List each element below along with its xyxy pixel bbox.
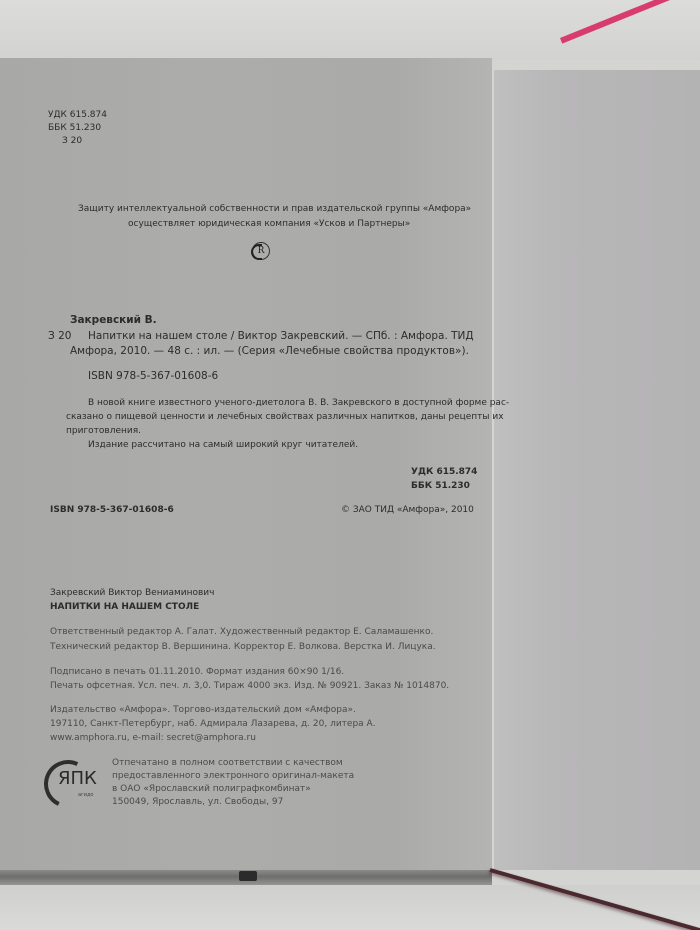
imprint-print-line2: Печать офсетная. Усл. печ. л. 3,0. Тираж… <box>50 680 449 693</box>
ip-notice-line2: осуществляет юридическая компания «Усков… <box>128 218 410 231</box>
printer-line3: в ОАО «Ярославский полиграфкомбинат» <box>112 783 311 796</box>
udk-code-right: УДК 615.874 <box>411 466 477 479</box>
spine-stitch <box>239 871 257 881</box>
annotation-line1: В новой книге известного ученого-диетоло… <box>88 397 509 410</box>
imprint-print-line1: Подписано в печать 01.11.2010. Формат из… <box>50 666 344 679</box>
annotation-line3: приготовления. <box>66 425 141 438</box>
printer-logo: ЯПК агидо <box>44 756 104 802</box>
annotation-line2: сказано о пищевой ценности и лечебных св… <box>66 411 504 424</box>
printer-logo-subtext: агидо <box>78 792 93 798</box>
registered-mark-icon: R <box>252 242 270 260</box>
imprint-author-full: Закревский Виктор Вениаминович <box>50 587 214 600</box>
printer-line1: Отпечатано в полном соответствии с качес… <box>112 757 343 770</box>
footer-isbn: ISBN 978-5-367-01608-6 <box>50 504 174 517</box>
bbk-code: ББК 51.230 <box>48 122 101 135</box>
imprint-publisher-line1: Издательство «Амфора». Торгово-издательс… <box>50 704 356 717</box>
printer-logo-text: ЯПК <box>58 768 97 789</box>
bib-line1: Напитки на нашем столе / Виктор Закревск… <box>88 329 474 344</box>
annotation-line4: Издание рассчитано на самый широкий круг… <box>88 439 358 452</box>
printer-line2: предоставленного электронного оригинал-м… <box>112 770 354 783</box>
udk-code: УДК 615.874 <box>48 109 107 122</box>
bib-line2: Амфора, 2010. — 48 с. : ил. — (Серия «Ле… <box>70 344 469 359</box>
printer-line4: 150049, Ярославль, ул. Свободы, 97 <box>112 796 283 809</box>
copyright-notice: © ЗАО ТИД «Амфора», 2010 <box>341 504 474 517</box>
imprint-publisher-line3: www.amphora.ru, e-mail: secret@amphora.r… <box>50 732 256 745</box>
bib-author: Закревский В. <box>70 313 157 328</box>
table-surface <box>0 885 700 930</box>
right-page <box>494 70 700 870</box>
author-mark: З 20 <box>62 135 82 148</box>
registered-mark-letter: R <box>258 246 265 256</box>
bib-isbn: ISBN 978-5-367-01608-6 <box>88 369 218 384</box>
imprint-publisher-line2: 197110, Санкт-Петербург, наб. Адмирала Л… <box>50 718 376 731</box>
bbk-code-right: ББК 51.230 <box>411 480 470 493</box>
ip-notice-line1: Защиту интеллектуальной собственности и … <box>78 203 471 216</box>
imprint-title: НАПИТКИ НА НАШЕМ СТОЛЕ <box>50 601 199 614</box>
imprint-staff-line1: Ответственный редактор А. Галат. Художес… <box>50 626 433 639</box>
imprint-staff-line2: Технический редактор В. Вершинина. Корре… <box>50 641 436 654</box>
bib-mark: З 20 <box>48 329 71 344</box>
